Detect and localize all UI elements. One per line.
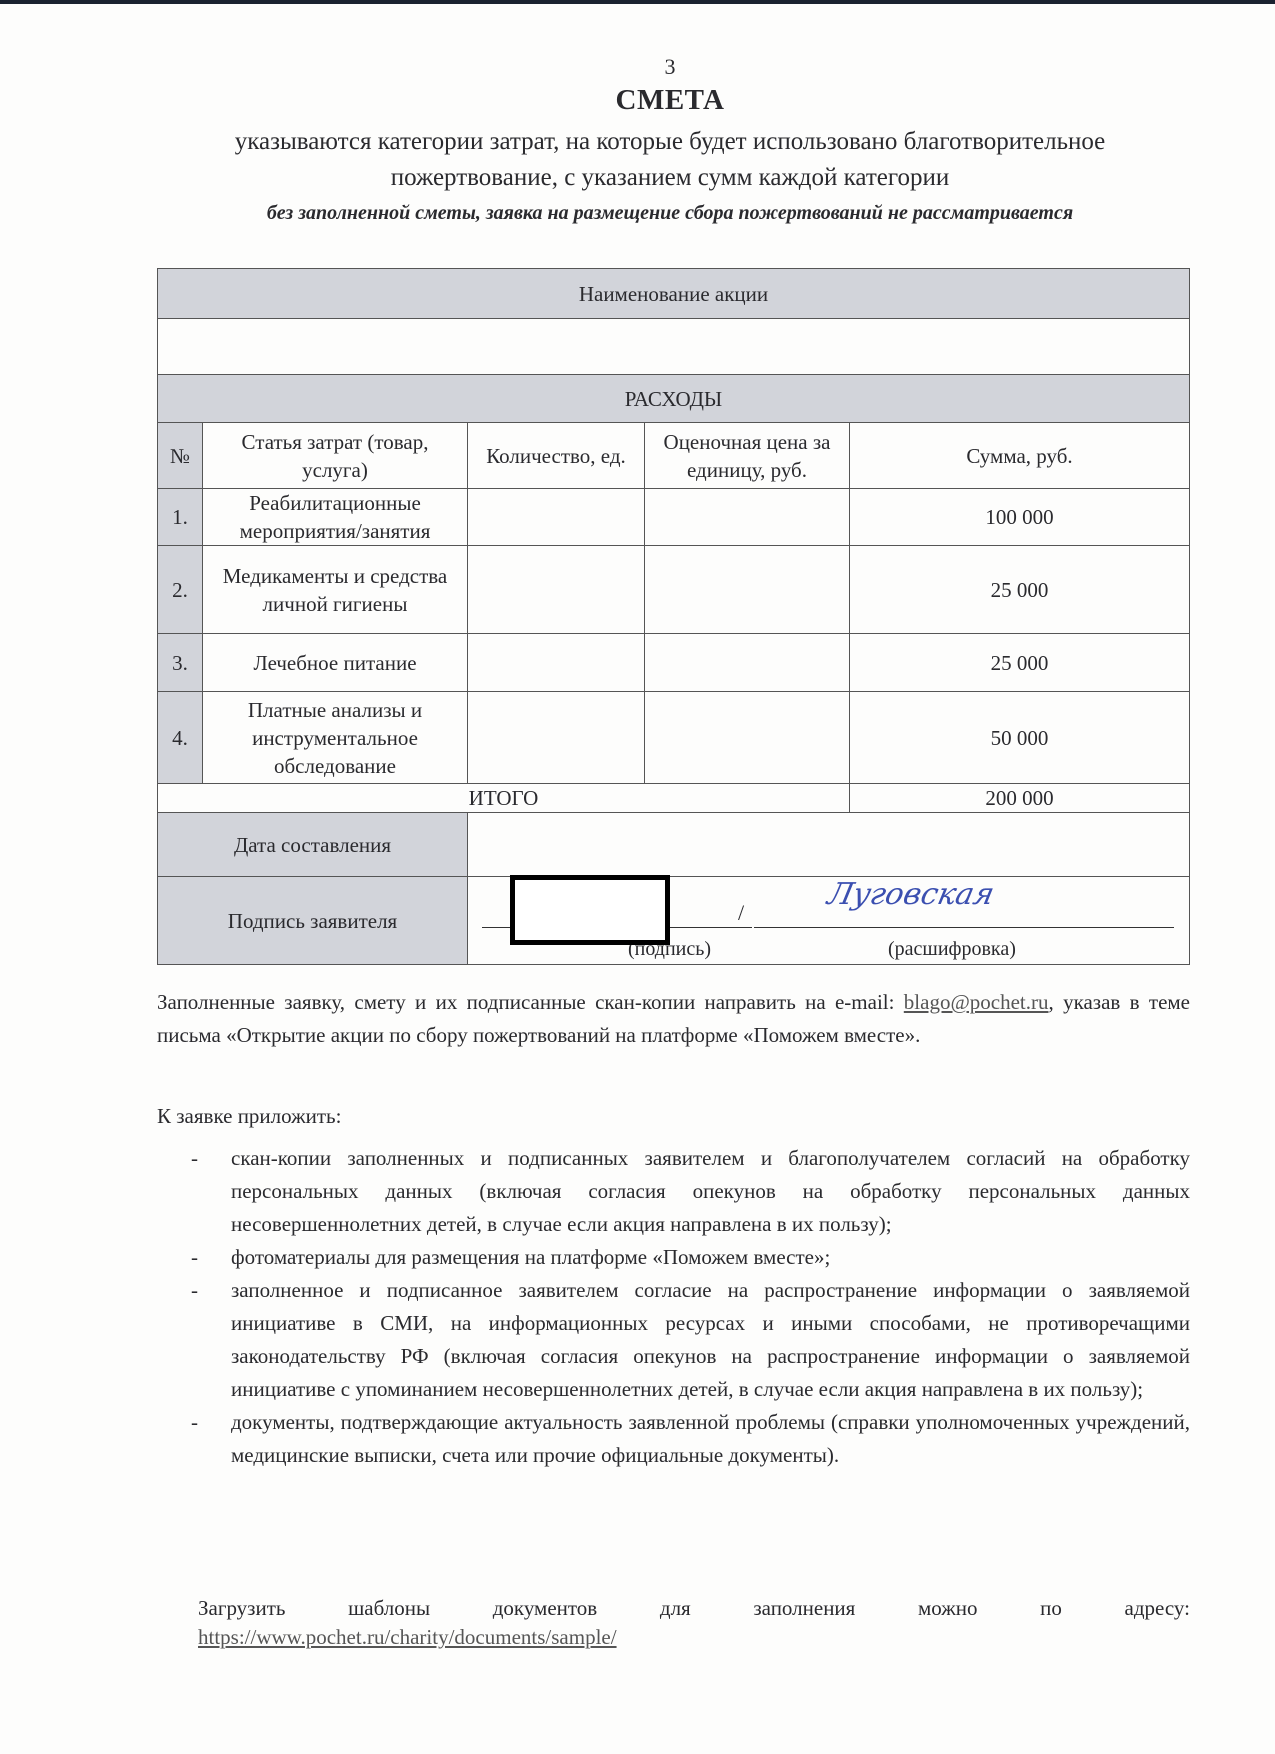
- page-number: 3: [0, 54, 1275, 80]
- bullet-dash-icon: -: [191, 1241, 198, 1274]
- col-header-item: Статья затрат (товар, услуга): [203, 423, 468, 489]
- row-price[interactable]: [645, 692, 850, 784]
- total-label: ИТОГО: [158, 784, 850, 813]
- row-price[interactable]: [645, 546, 850, 634]
- attachments-list: -скан-копии заполненных и подписанных за…: [157, 1142, 1190, 1472]
- table-row: 3. Лечебное питание 25 000: [158, 634, 1190, 692]
- row-item: Лечебное питание: [203, 634, 468, 692]
- col-header-num: №: [158, 423, 203, 489]
- document-subtitle: указываются категории затрат, на которые…: [150, 124, 1190, 196]
- list-item: -документы, подтверждающие актуальность …: [157, 1406, 1190, 1472]
- scan-top-edge: [0, 0, 1275, 4]
- date-field[interactable]: [468, 813, 1190, 877]
- row-item: Медикаменты и средства личной гигиены: [203, 546, 468, 634]
- row-qty[interactable]: [468, 634, 645, 692]
- row-qty[interactable]: [468, 546, 645, 634]
- row-num: 2.: [158, 546, 203, 634]
- templates-url-link[interactable]: https://www.pochet.ru/charity/documents/…: [198, 1625, 617, 1650]
- attach-header: К заявке приложить:: [157, 1100, 1190, 1133]
- row-sum: 25 000: [850, 546, 1190, 634]
- handwritten-signature: Луговская: [825, 881, 997, 909]
- row-item: Реабилитационные мероприятия/занятия: [203, 489, 468, 546]
- send-instructions: Заполненные заявку, смету и их подписанн…: [157, 986, 1190, 1052]
- row-price[interactable]: [645, 634, 850, 692]
- row-price[interactable]: [645, 489, 850, 546]
- total-value: 200 000: [850, 784, 1190, 813]
- row-num: 4.: [158, 692, 203, 784]
- estimate-table: Наименование акции РАСХОДЫ № Статья затр…: [157, 268, 1190, 965]
- date-label: Дата составления: [158, 813, 468, 877]
- list-item: -скан-копии заполненных и подписанных за…: [157, 1142, 1190, 1241]
- col-header-price: Оценочная цена за единицу, руб.: [645, 423, 850, 489]
- table-row: 2. Медикаменты и средства личной гигиены…: [158, 546, 1190, 634]
- action-name-field[interactable]: [158, 319, 1190, 375]
- bullet-dash-icon: -: [191, 1142, 198, 1175]
- row-sum: 50 000: [850, 692, 1190, 784]
- col-header-sum: Сумма, руб.: [850, 423, 1190, 489]
- document-title: СМЕТА: [0, 84, 1275, 117]
- col-header-qty: Количество, ед.: [468, 423, 645, 489]
- bullet-dash-icon: -: [191, 1406, 198, 1439]
- table-row: 4. Платные анализы и инструментальное об…: [158, 692, 1190, 784]
- list-item: -заполненное и подписанное заявителем со…: [157, 1274, 1190, 1406]
- warning-note: без заполненной сметы, заявка на размеще…: [150, 202, 1190, 225]
- expenses-header: РАСХОДЫ: [158, 375, 1190, 423]
- row-qty[interactable]: [468, 692, 645, 784]
- signature-label: Подпись заявителя: [158, 877, 468, 965]
- row-qty[interactable]: [468, 489, 645, 546]
- email-link[interactable]: blago@pochet.ru: [904, 990, 1049, 1014]
- decoding-line: [754, 927, 1174, 928]
- redaction-box: [510, 875, 670, 945]
- row-sum: 100 000: [850, 489, 1190, 546]
- table-row: 1. Реабилитационные мероприятия/занятия …: [158, 489, 1190, 546]
- templates-text: Загрузить шаблоны документов для заполне…: [198, 1592, 1190, 1625]
- list-item: -фотоматериалы для размещения на платфор…: [157, 1241, 1190, 1274]
- bullet-dash-icon: -: [191, 1274, 198, 1307]
- row-sum: 25 000: [850, 634, 1190, 692]
- row-num: 1.: [158, 489, 203, 546]
- send-text-before: Заполненные заявку, смету и их подписанн…: [157, 990, 904, 1014]
- action-name-header: Наименование акции: [158, 269, 1190, 319]
- row-num: 3.: [158, 634, 203, 692]
- decoding-caption: (расшифровка): [888, 935, 1016, 963]
- signature-separator: /: [738, 899, 744, 927]
- row-item: Платные анализы и инструментальное обсле…: [203, 692, 468, 784]
